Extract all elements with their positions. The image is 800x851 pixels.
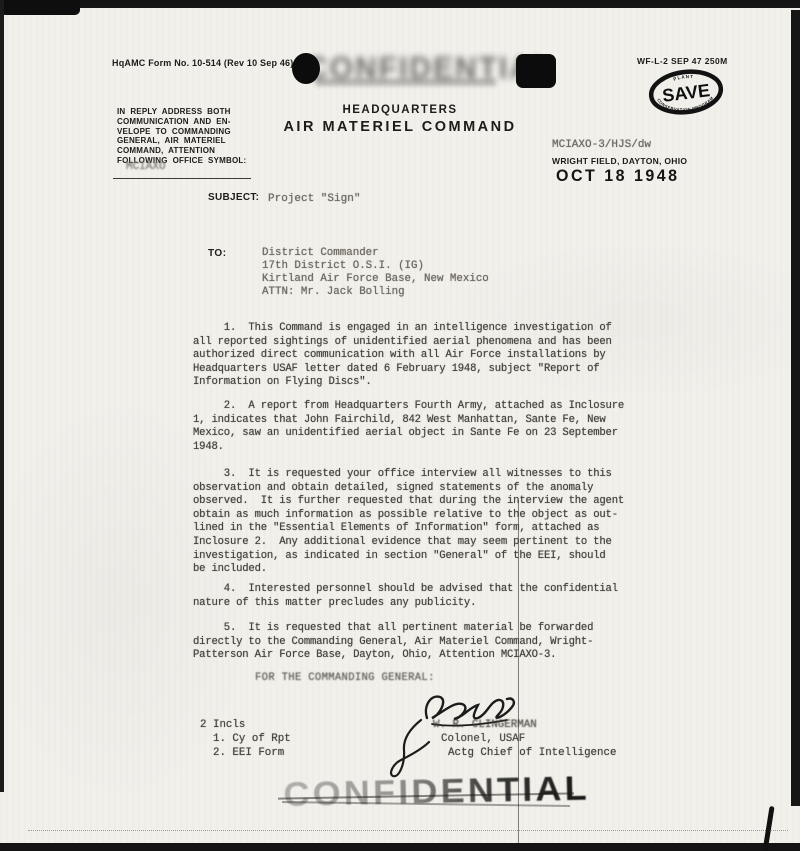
subject-value: Project "Sign" — [268, 193, 360, 205]
signer-name: W. R. CLINGERMAN — [433, 719, 537, 731]
notice-line: GENERAL, AIR MATERIEL — [117, 136, 253, 146]
ink-smudge — [316, 78, 496, 86]
notice-line: VELOPE TO COMMANDING — [117, 127, 253, 137]
signer-title: Actg Chief of Intelligence — [448, 747, 616, 759]
date-stamp: OCT 18 1948 — [556, 168, 680, 187]
signer-rank: Colonel, USAF — [441, 733, 525, 745]
body-paragraph-3: 3. It is requested your office interview… — [193, 468, 655, 577]
body-paragraph-2: 2. A report from Headquarters Fourth Arm… — [193, 400, 655, 454]
classification-stamp-top-obliterated: CONFIDENTIAL — [296, 50, 558, 92]
signature-scrawl — [426, 697, 514, 719]
subject-label: SUBJECT: — [208, 192, 259, 203]
body-paragraph-1: 1. This Command is engaged in an intelli… — [193, 322, 655, 390]
ink-blob — [516, 54, 556, 88]
notice-line: COMMAND, ATTENTION — [117, 146, 253, 156]
signature-flourish — [391, 720, 429, 776]
notice-line: COMMUNICATION AND EN- — [117, 117, 253, 127]
reference-symbol: MCIAXO-3/HJS/dw — [552, 139, 651, 151]
scanned-document-page: HqAMC Form No. 10-514 (Rev 10 Sep 46) WF… — [0, 0, 800, 851]
body-paragraph-5: 5. It is requested that all pertinent ma… — [193, 622, 655, 663]
to-label: TO: — [208, 248, 227, 259]
reply-address-notice: IN REPLY ADDRESS BOTH COMMUNICATION AND … — [117, 107, 253, 166]
office-symbol: MCIAXO — [126, 161, 166, 173]
office-symbol-underline — [113, 178, 251, 179]
inclosures-list: 2 Incls 1. Cy of Rpt 2. EEI Form — [200, 719, 291, 760]
addressee-block: District Commander 17th District O.S.I. … — [262, 247, 489, 299]
paper-crease-line — [28, 830, 788, 831]
form-number: HqAMC Form No. 10-514 (Rev 10 Sep 46) — [112, 58, 293, 68]
notice-line: IN REPLY ADDRESS BOTH — [117, 107, 253, 117]
scan-artifact — [0, 0, 800, 3]
location-line: WRIGHT FIELD, DAYTON, OHIO — [552, 156, 687, 166]
body-paragraph-4: 4. Interested personnel should be advise… — [193, 583, 655, 610]
scan-edge-bottom — [0, 843, 800, 851]
